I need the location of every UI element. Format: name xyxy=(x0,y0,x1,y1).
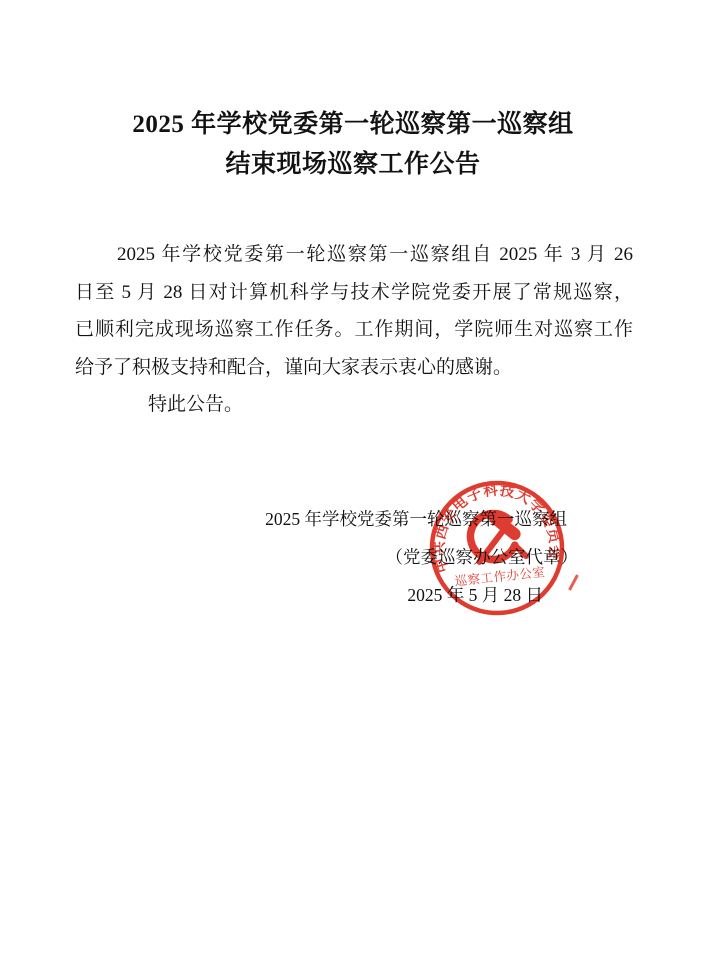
notice-closing-line: 特此公告。 xyxy=(75,386,633,424)
signature-seal-note-line: （党委巡察办公室代章） xyxy=(0,538,706,576)
document-page: 2025 年学校党委第一轮巡察第一巡察组 结束现场巡察工作公告 2025 年学校… xyxy=(0,0,706,962)
signature-block: 2025 年学校党委第一轮巡察第一巡察组 （党委巡察办公室代章） 2025 年 … xyxy=(0,500,706,614)
body-line: 给予了积极支持和配合，谨向大家表示衷心的感谢。 xyxy=(75,349,633,387)
document-body: 2025 年学校党委第一轮巡察第一巡察组自 2025 年 3 月 26 日至 5… xyxy=(75,236,633,424)
body-line: 日至 5 月 28 日对计算机科学与技术学院党委开展了常规巡察， xyxy=(75,274,633,312)
document-title: 2025 年学校党委第一轮巡察第一巡察组 结束现场巡察工作公告 xyxy=(0,105,706,185)
signature-org-line: 2025 年学校党委第一轮巡察第一巡察组 xyxy=(0,500,706,538)
body-line: 2025 年学校党委第一轮巡察第一巡察组自 2025 年 3 月 26 xyxy=(75,236,633,274)
signature-date-line: 2025 年 5 月 28 日 xyxy=(0,576,706,614)
title-line-2: 结束现场巡察工作公告 xyxy=(0,145,706,185)
body-line: 已顺利完成现场巡察工作任务。工作期间，学院师生对巡察工作 xyxy=(75,311,633,349)
title-line-1: 2025 年学校党委第一轮巡察第一巡察组 xyxy=(0,105,706,145)
